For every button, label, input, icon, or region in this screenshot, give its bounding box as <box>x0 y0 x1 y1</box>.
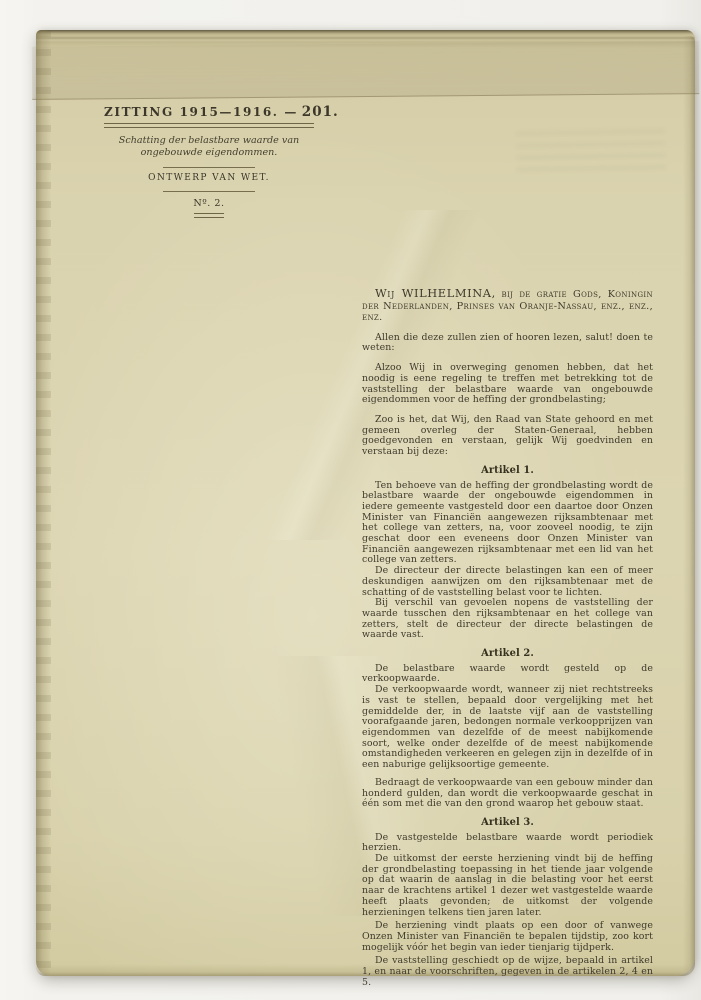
document-body: Wij WILHELMINA, bij de gratie Gods, Koni… <box>362 288 653 988</box>
subject-line: Schatting der belastbare waarde van onge… <box>104 135 314 159</box>
top-fold-band <box>32 41 699 100</box>
preamble-paragraph: Allen die deze zullen zien of hooren lez… <box>362 333 653 354</box>
preamble-paragraph: Zoo is het, dat Wij, den Raad van State … <box>362 415 653 458</box>
article-2-heading: Artikel 2. <box>362 649 653 660</box>
document-type: ONTWERP VAN WET. <box>104 173 314 183</box>
article-1-paragraph: De directeur der directe belastingen kan… <box>362 566 653 598</box>
article-3-paragraph: De vaststelling geschiedt op de wijze, b… <box>362 956 653 988</box>
document-header: ZITTING 1915—1916. — 201. Schatting der … <box>104 104 314 218</box>
short-double-rule <box>194 213 224 218</box>
article-1-heading: Artikel 1. <box>362 466 653 477</box>
article-3-paragraph: De herziening vindt plaats op een door o… <box>362 921 653 953</box>
binding-edge <box>36 30 51 976</box>
article-2-paragraph: De belastbare waarde wordt gesteld op de… <box>362 664 653 685</box>
document-number-bold: 201. <box>302 104 339 120</box>
article-1-paragraph: Ten behoeve van de heffing der grondbela… <box>362 481 653 567</box>
article-3-heading: Artikel 3. <box>362 818 653 829</box>
rule-divider <box>163 167 255 168</box>
article-3-paragraph: De vastgestelde belastbare waarde wordt … <box>362 833 653 854</box>
faint-stamp <box>516 129 667 180</box>
article-2-paragraph: Bedraagt de verkoopwaarde van een gebouw… <box>362 778 653 810</box>
article-1-paragraph: Bij verschil van gevoelen nopens de vast… <box>362 598 653 641</box>
rule-divider <box>163 191 255 192</box>
preamble-paragraph: Alzoo Wij in overweging genomen hebben, … <box>362 363 653 406</box>
session-title-text: ZITTING 1915—1916. — <box>104 105 298 119</box>
article-2-paragraph: De verkoopwaarde wordt, wanneer zij niet… <box>362 685 653 771</box>
scanner-background: ZITTING 1915—1916. — 201. Schatting der … <box>0 0 701 1000</box>
session-title: ZITTING 1915—1916. — 201. <box>104 104 314 120</box>
double-rule-divider <box>104 123 314 128</box>
sheet-right-edge <box>683 36 695 976</box>
royal-name: Wij WILHELMINA, <box>375 286 496 300</box>
paper-sheet: ZITTING 1915—1916. — 201. Schatting der … <box>36 30 695 976</box>
article-3-paragraph: De uitkomst der eerste herziening vindt … <box>362 854 653 918</box>
royal-preamble: Wij WILHELMINA, bij de gratie Gods, Koni… <box>362 288 653 324</box>
piece-number: Nº. 2. <box>104 198 314 209</box>
